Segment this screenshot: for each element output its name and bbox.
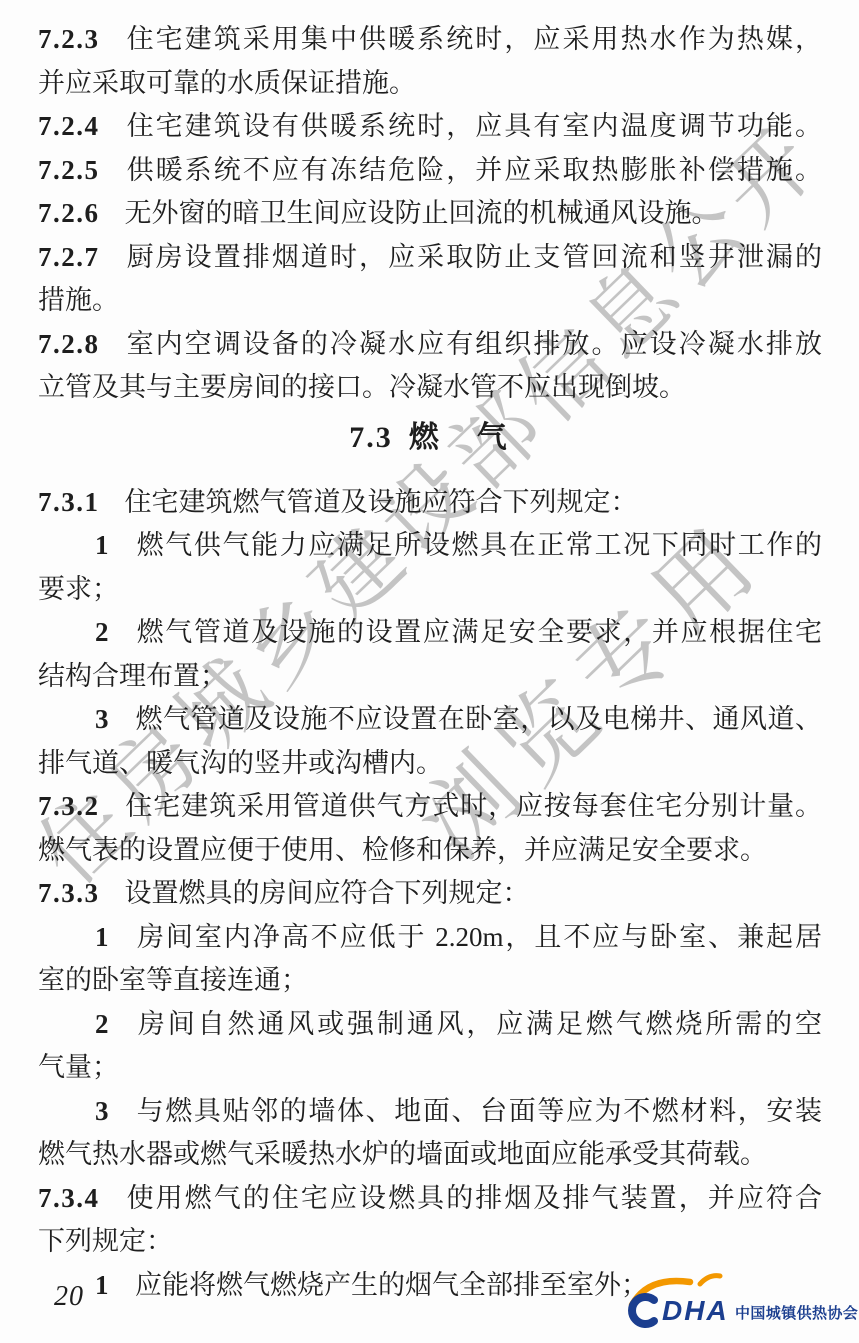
document-page: 住房城乡建设部信息公开 浏览专用 7.2.3住宅建筑采用集中供暖系统时，应采用热…: [0, 0, 859, 1343]
text-line: 7.2.3住宅建筑采用集中供暖系统时，应采用热水作为热媒，: [38, 18, 822, 62]
text-line: 7.3.4使用燃气的住宅应设燃具的排烟及排气装置，并应符合: [38, 1177, 822, 1221]
clause-number: 7.2.5: [38, 155, 100, 185]
text-line: 7.2.6无外窗的暗卫生间应设防止回流的机械通风设施。: [38, 192, 822, 236]
text-line: 1房间室内净高不应低于 2.20m，且不应与卧室、兼起居: [38, 916, 822, 960]
line-text: 燃 气: [409, 421, 511, 454]
clause-number: 3: [95, 704, 110, 734]
clause-number: 1: [95, 530, 110, 560]
clause-number: 1: [95, 922, 110, 952]
clause-number: 7.3.2: [38, 791, 100, 821]
text-line: 7.3.1住宅建筑燃气管道及设施应符合下列规定：: [38, 481, 822, 525]
text-line: 2房间自然通风或强制通风，应满足燃气燃烧所需的空: [38, 1003, 822, 1047]
line-text: 燃气表的设置应便于使用、检修和保养，并应满足安全要求。: [38, 835, 767, 865]
clause-number: 7.2.6: [38, 198, 100, 228]
line-text: 房间室内净高不应低于 2.20m，且不应与卧室、兼起居: [135, 922, 822, 952]
line-text: 燃气管道及设施不应设置在卧室，以及电梯井、通风道、: [135, 704, 822, 734]
line-text: 燃气热水器或燃气采暖热水炉的墙面或地面应能承受其荷载。: [38, 1139, 767, 1169]
line-text: 住宅建筑燃气管道及设施应符合下列规定：: [125, 487, 638, 517]
line-text: 设置燃具的房间应符合下列规定：: [125, 878, 530, 908]
line-text: 措施。: [38, 285, 119, 315]
line-text: 与燃具贴邻的墙体、地面、台面等应为不燃材料，安装: [135, 1096, 822, 1126]
clause-number: 7.2.3: [38, 24, 100, 54]
line-text: 无外窗的暗卫生间应设防止回流的机械通风设施。: [125, 198, 719, 228]
text-line: 并应采取可靠的水质保证措施。: [38, 62, 822, 106]
clause-number: 7.2.7: [38, 242, 100, 272]
text-line: 7.2.4住宅建筑设有供暖系统时，应具有室内温度调节功能。: [38, 105, 822, 149]
line-text: 下列规定：: [38, 1226, 173, 1256]
line-text: 排气道、暖气沟的竖井或沟槽内。: [38, 748, 443, 778]
line-text: 供暖系统不应有冻结危险，并应采取热膨胀补偿措施。: [125, 155, 823, 185]
association-logo: DHA 中国城镇供热协会: [628, 1272, 859, 1336]
section-number: 7.3: [349, 421, 393, 454]
text-line: 7.3.3设置燃具的房间应符合下列规定：: [38, 872, 822, 916]
text-line: 措施。: [38, 279, 822, 323]
page-number: 20: [54, 1281, 84, 1313]
clause-number: 1: [95, 1270, 110, 1300]
clause-number: 3: [95, 1096, 110, 1126]
logo-name-text: 中国城镇供热协会: [735, 1304, 858, 1322]
line-text: 要求；: [38, 574, 119, 604]
text-line: 下列规定：: [38, 1220, 822, 1264]
text-line: 气量；: [38, 1046, 822, 1090]
text-line: 排气道、暖气沟的竖井或沟槽内。: [38, 742, 822, 786]
clause-number: 7.3.1: [38, 487, 100, 517]
line-text: 气量；: [38, 1052, 119, 1082]
clause-number: 7.2.8: [38, 329, 100, 359]
clause-number: 7.3.4: [38, 1183, 100, 1213]
line-text: 室的卧室等直接连通；: [38, 965, 308, 995]
line-text: 房间自然通风或强制通风，应满足燃气燃烧所需的空: [135, 1009, 822, 1039]
line-text: 应能将燃气燃烧产生的烟气全部排至室外；: [135, 1270, 648, 1300]
line-text: 住宅建筑采用集中供暖系统时，应采用热水作为热媒，: [125, 24, 823, 54]
line-text: 厨房设置排烟道时，应采取防止支管回流和竖井泄漏的: [125, 242, 823, 272]
line-text: 住宅建筑采用管道供气方式时，应按每套住宅分别计量。: [125, 791, 823, 821]
text-line: 7.3.2住宅建筑采用管道供气方式时，应按每套住宅分别计量。: [38, 785, 822, 829]
text-line: 燃气表的设置应便于使用、检修和保养，并应满足安全要求。: [38, 829, 822, 873]
clause-number: 7.3.3: [38, 878, 100, 908]
clause-number: 7.2.4: [38, 111, 100, 141]
line-text: 立管及其与主要房间的接口。冷凝水管不应出现倒坡。: [38, 372, 686, 402]
line-text: 燃气供气能力应满足所设燃具在正常工况下同时工作的: [135, 530, 822, 560]
logo-crescent-icon: [632, 1297, 654, 1324]
line-text: 结构合理布置；: [38, 661, 227, 691]
section-heading: 7.3燃 气: [38, 415, 822, 461]
document-lines: 7.2.3住宅建筑采用集中供暖系统时，应采用热水作为热媒，并应采取可靠的水质保证…: [38, 18, 822, 1307]
line-text: 室内空调设备的冷凝水应有组织排放。应设冷凝水排放: [125, 329, 823, 359]
line-text: 并应采取可靠的水质保证措施。: [38, 68, 416, 98]
text-line: 室的卧室等直接连通；: [38, 959, 822, 1003]
clause-number: 2: [95, 1009, 110, 1039]
text-line: 7.2.5供暖系统不应有冻结危险，并应采取热膨胀补偿措施。: [38, 149, 822, 193]
logo-flame-arc-small-icon: [700, 1276, 720, 1284]
text-line: 3燃气管道及设施不应设置在卧室，以及电梯井、通风道、: [38, 698, 822, 742]
line-text: 燃气管道及设施的设置应满足安全要求，并应根据住宅: [135, 617, 822, 647]
logo-abbr-text: DHA: [662, 1295, 729, 1326]
text-line: 燃气热水器或燃气采暖热水炉的墙面或地面应能承受其荷载。: [38, 1133, 822, 1177]
text-line: 7.2.7厨房设置排烟道时，应采取防止支管回流和竖井泄漏的: [38, 236, 822, 280]
text-line: 结构合理布置；: [38, 655, 822, 699]
text-line: 立管及其与主要房间的接口。冷凝水管不应出现倒坡。: [38, 366, 822, 410]
line-text: 住宅建筑设有供暖系统时，应具有室内温度调节功能。: [125, 111, 823, 141]
text-line: 1燃气供气能力应满足所设燃具在正常工况下同时工作的: [38, 524, 822, 568]
text-line: 7.2.8室内空调设备的冷凝水应有组织排放。应设冷凝水排放: [38, 323, 822, 367]
text-line: 要求；: [38, 568, 822, 612]
line-text: 使用燃气的住宅应设燃具的排烟及排气装置，并应符合: [125, 1183, 823, 1213]
text-line: 3与燃具贴邻的墙体、地面、台面等应为不燃材料，安装: [38, 1090, 822, 1134]
clause-number: 2: [95, 617, 110, 647]
text-line: 2燃气管道及设施的设置应满足安全要求，并应根据住宅: [38, 611, 822, 655]
